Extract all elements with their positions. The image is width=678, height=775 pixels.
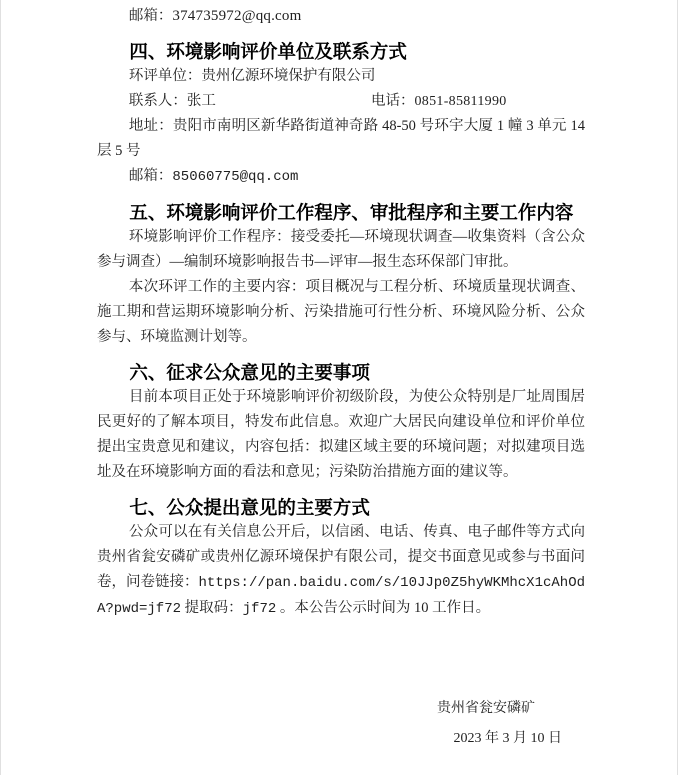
address-line: 地址：贵阳市南明区新华路街道神奇路 48-50 号环宇大厦 1 幢 3 单元 1…	[97, 114, 585, 164]
address-label: 地址：	[129, 118, 173, 134]
signature-date: 2023 年 3 月 10 日	[97, 724, 585, 754]
extraction-code-value: jf72	[243, 601, 277, 617]
eia-email-label: 邮箱：	[129, 168, 173, 184]
eia-email-line: 邮箱：85060775@qq.com	[97, 164, 585, 190]
section5-heading: 五、环境影响评价工作程序、审批程序和主要工作内容	[97, 200, 585, 225]
eia-unit-value: 贵州亿源环境保护有限公司	[201, 68, 375, 84]
section5-paragraph-content: 本次环评工作的主要内容：项目概况与工程分析、环境质量现状调查、施工期和营运期环境…	[97, 275, 585, 350]
section7-heading: 七、公众提出意见的主要方式	[97, 495, 585, 520]
phone-value: 0851-85811990	[415, 94, 507, 109]
eia-email-value: 85060775@qq.com	[172, 169, 298, 185]
contact-phone-row: 联系人：张工电话：0851-85811990	[97, 89, 585, 114]
section4-heading: 四、环境影响评价单位及联系方式	[97, 39, 585, 64]
eia-unit-label: 环评单位：	[129, 68, 202, 84]
eia-unit-line: 环评单位：贵州亿源环境保护有限公司	[97, 64, 585, 89]
extraction-code-label: 提取码：	[181, 600, 243, 616]
contact-label: 联系人：	[129, 93, 187, 109]
phone-part: 电话：0851-85811990	[371, 89, 507, 114]
signature-block: 贵州省瓮安磷矿 2023 年 3 月 10 日	[97, 694, 585, 754]
notice-document-page: 邮箱：374735972@qq.com 四、环境影响评价单位及联系方式 环评单位…	[0, 0, 678, 775]
phone-label: 电话：	[371, 93, 415, 109]
section5-paragraph-procedure: 环境影响评价工作程序：接受委托—环境现状调查—收集资料（含公众参与调查）—编制环…	[97, 225, 585, 275]
signature-organization: 贵州省瓮安磷矿	[97, 694, 585, 724]
top-email-value: 374735972@qq.com	[172, 8, 301, 24]
section7-paragraph: 公众可以在有关信息公开后，以信函、电话、传真、电子邮件等方式向贵州省瓮安磷矿或贵…	[97, 520, 585, 622]
top-email-line: 邮箱：374735972@qq.com	[97, 4, 585, 29]
section6-heading: 六、征求公众意见的主要事项	[97, 360, 585, 385]
section6-paragraph: 目前本项目正处于环境影响评价初级阶段，为使公众特别是厂址周围居民更好的了解本项目…	[97, 385, 585, 485]
contact-value: 张工	[187, 93, 216, 109]
top-email-label: 邮箱：	[129, 8, 173, 24]
section7-closing-text: 。本公告公示时间为 10 工作日。	[276, 600, 490, 616]
